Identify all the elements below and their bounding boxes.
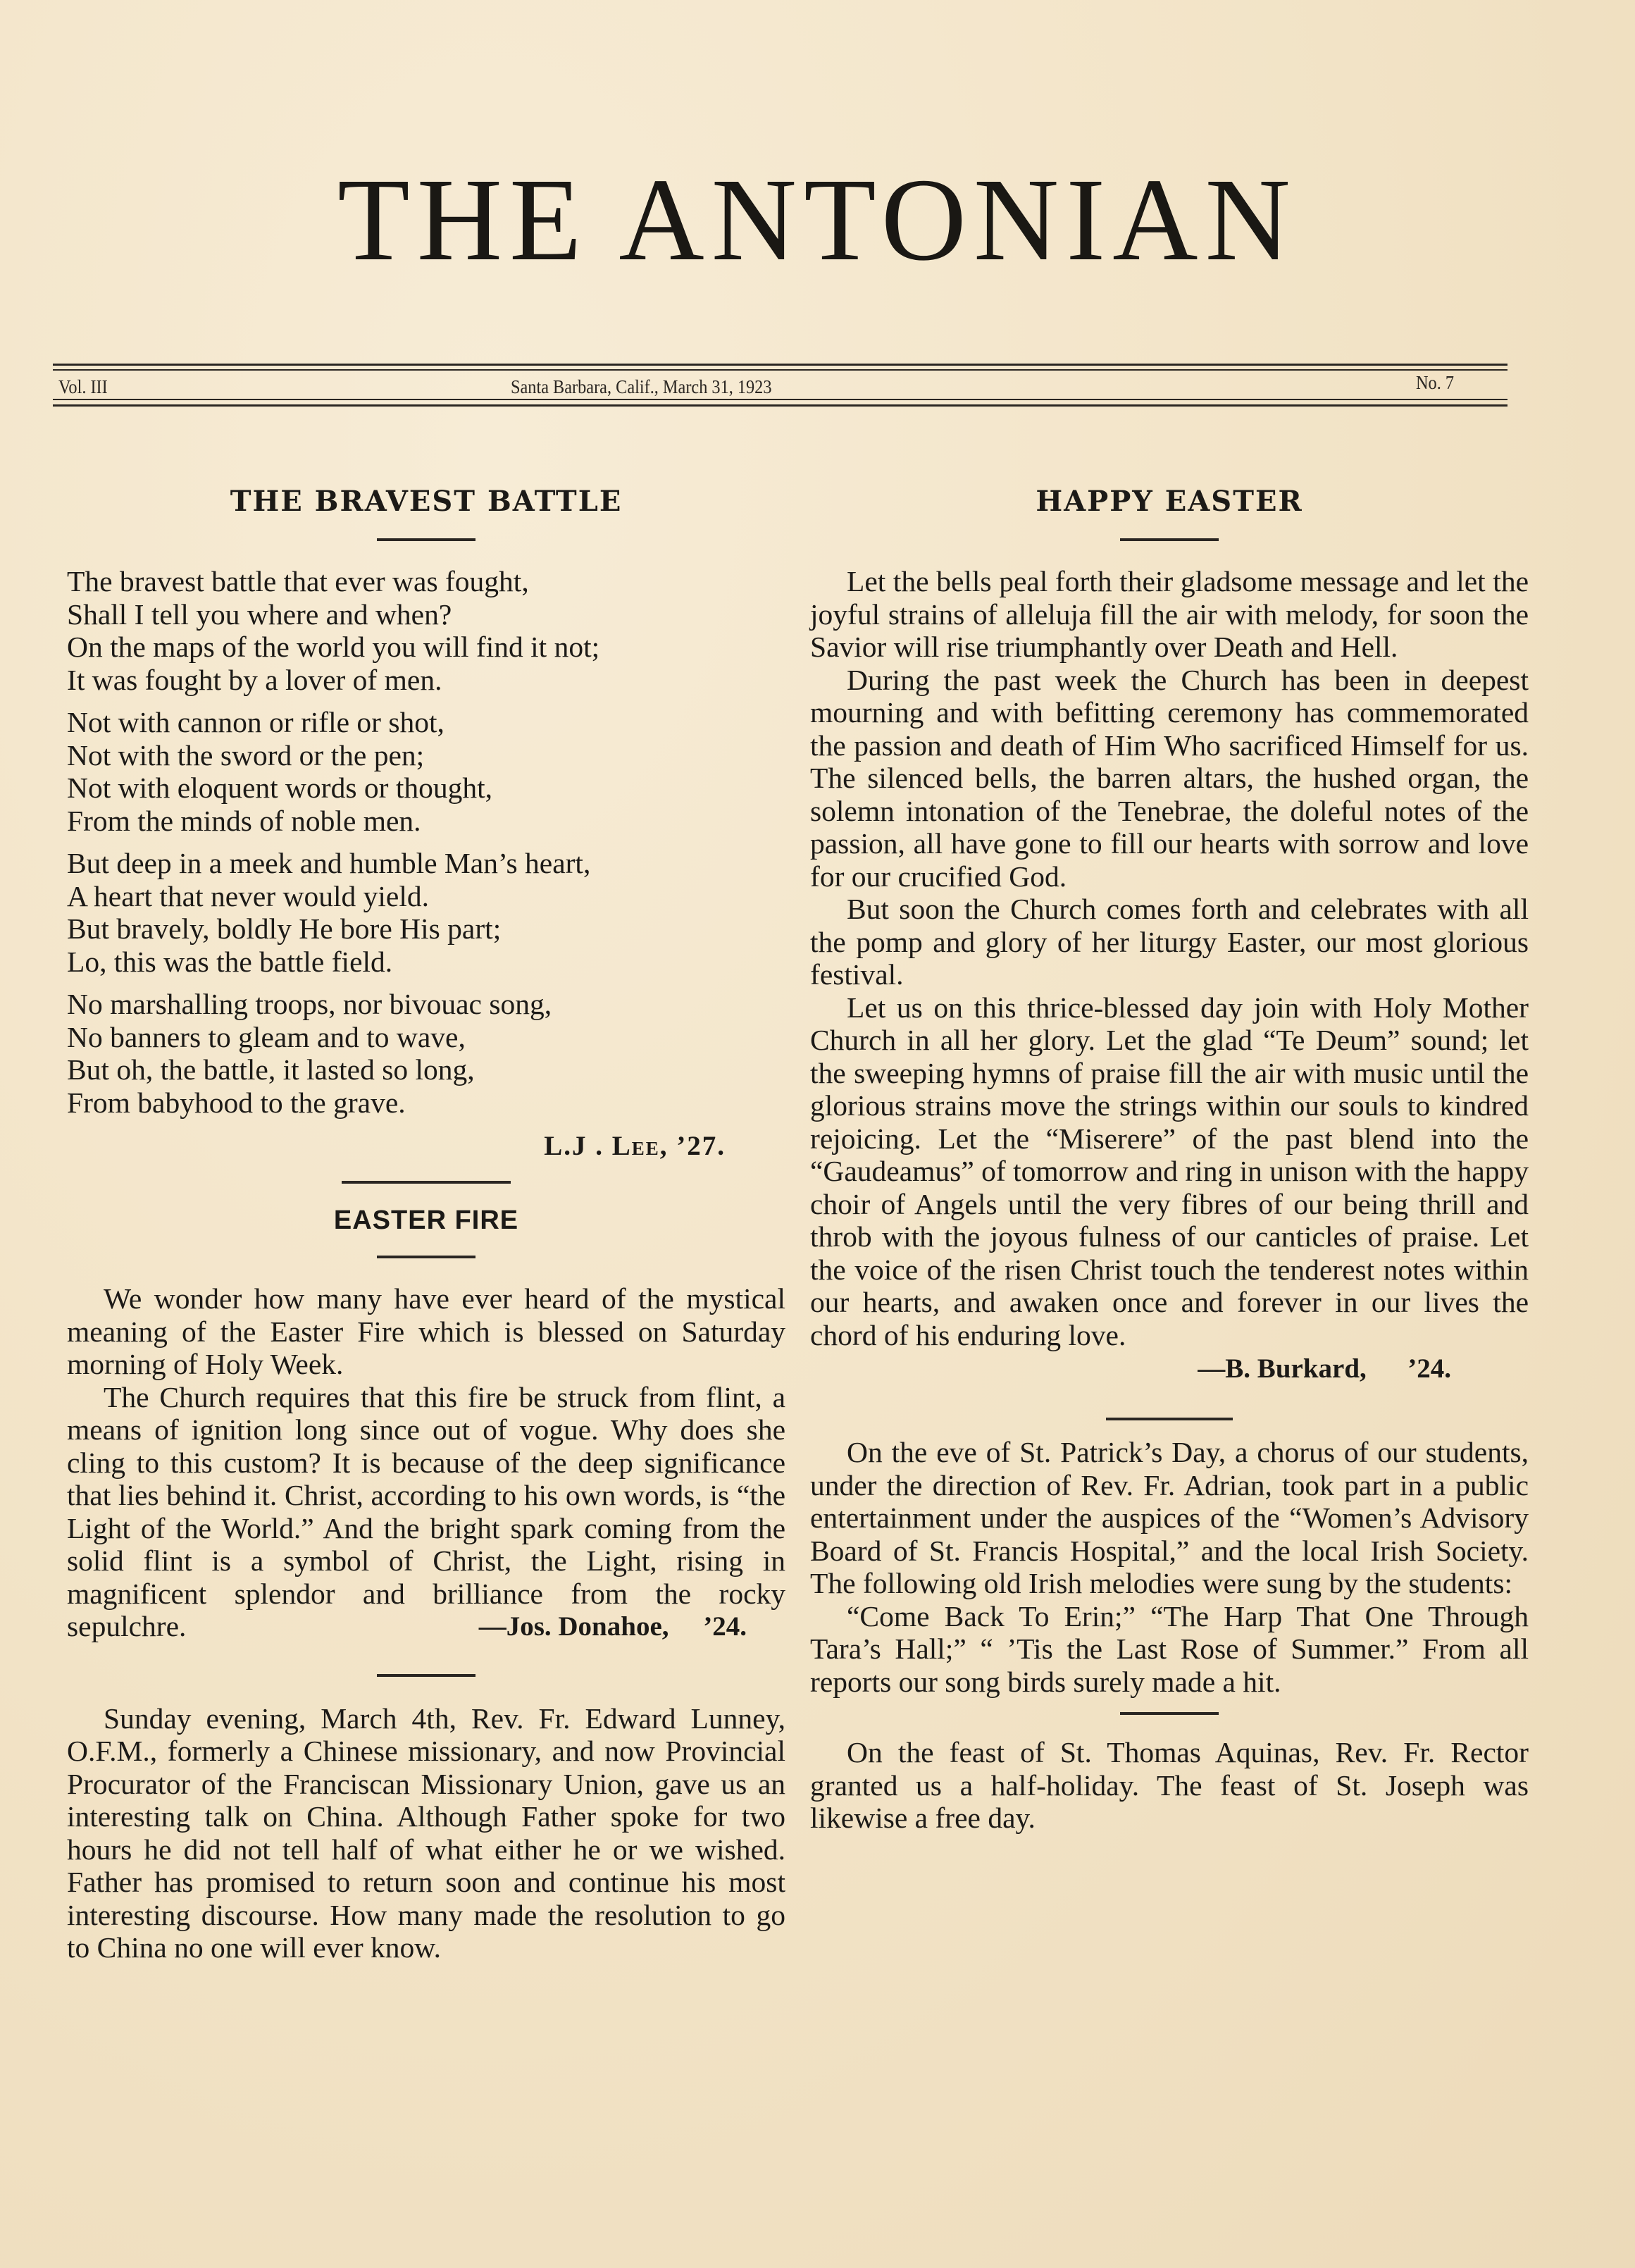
article-paragraph: The Church requires that this fire be st… — [67, 1381, 785, 1643]
poem-line: Not with eloquent words or thought, — [67, 772, 785, 805]
poem-line: Lo, this was the battle field. — [67, 946, 785, 979]
poem-line: From babyhood to the grave. — [67, 1086, 785, 1120]
article-happy-easter: HAPPY EASTER Let the bells peal forth th… — [810, 481, 1529, 1387]
article-title: HAPPY EASTER — [810, 481, 1529, 523]
article-paragraph: But soon the Church comes forth and cele… — [810, 893, 1529, 991]
poem-title: THE BRAVEST BATTLE — [67, 481, 785, 523]
article-paragraph: Let the bells peal forth their gladsome … — [810, 565, 1529, 664]
poem-line: No marshalling troops, nor bivouac song, — [67, 988, 785, 1021]
poem-line: It was fought by a lover of men. — [67, 664, 785, 697]
article-china-talk: Sunday evening, March 4th, Rev. Fr. Edwa… — [67, 1702, 785, 1964]
article-paragraph: On the feast of St. Thomas Aquinas, Rev.… — [810, 1736, 1529, 1835]
article-title: EASTER FIRE — [67, 1201, 785, 1240]
top-rule-2 — [53, 369, 1507, 371]
article-holidays: On the feast of St. Thomas Aquinas, Rev.… — [810, 1736, 1529, 1835]
section-divider — [1106, 1418, 1233, 1420]
poem-line: On the maps of the world you will find i… — [67, 631, 785, 664]
volume-label: Vol. III — [58, 376, 108, 398]
section-divider — [377, 1256, 475, 1258]
section-divider — [342, 1181, 511, 1184]
section-divider — [1120, 1712, 1219, 1715]
masthead-info-band: Vol. III Santa Barbara, Calif., March 31… — [53, 364, 1507, 409]
poem-line: From the minds of noble men. — [67, 805, 785, 838]
bottom-rule-1 — [53, 399, 1507, 400]
article-paragraph: During the past week the Church has been… — [810, 664, 1529, 893]
poem-author: L.J . Lee, ’27. — [544, 1131, 726, 1161]
left-column: THE BRAVEST BATTLE The bravest battle th… — [67, 451, 785, 1964]
poem-line: Shall I tell you where and when? — [67, 598, 785, 631]
poem-byline: L.J . Lee, ’27. — [67, 1129, 785, 1164]
article-paragraph: Let us on this thrice-blessed day join w… — [810, 991, 1529, 1352]
poem-line: But deep in a meek and humble Man’s hear… — [67, 847, 785, 880]
section-divider — [377, 1674, 475, 1677]
newspaper-masthead-title: THE ANTONIAN — [0, 161, 1635, 279]
poem-the-bravest-battle: THE BRAVEST BATTLE The bravest battle th… — [67, 481, 785, 1164]
article-paragraph: Sunday evening, March 4th, Rev. Fr. Edwa… — [67, 1702, 785, 1964]
poem-line: No banners to gleam and to wave, — [67, 1021, 785, 1054]
article-byline: —B. Burkard, ’24. — [810, 1351, 1529, 1387]
right-column: HAPPY EASTER Let the bells peal forth th… — [810, 451, 1529, 1835]
bottom-rule-2 — [53, 404, 1507, 407]
poem-line: But bravely, boldly He bore His part; — [67, 912, 785, 946]
article-paragraph: We wonder how many have ever heard of th… — [67, 1282, 785, 1381]
poem-stanza-4: No marshalling troops, nor bivouac song,… — [67, 988, 785, 1119]
poem-line: A heart that never would yield. — [67, 880, 785, 913]
poem-stanza-1: The bravest battle that ever was fought,… — [67, 565, 785, 696]
poem-line: Not with the sword or the pen; — [67, 739, 785, 772]
article-paragraph: On the eve of St. Patrick’s Day, a choru… — [810, 1436, 1529, 1600]
section-divider — [1120, 538, 1219, 541]
poem-line: But oh, the battle, it lasted so long, — [67, 1053, 785, 1086]
poem-line: Not with cannon or rifle or shot, — [67, 706, 785, 739]
issue-number-label: No. 7 — [1416, 372, 1454, 394]
article-paragraph: “Come Back To Erin;” “The Harp That One … — [810, 1600, 1529, 1699]
poem-stanza-3: But deep in a meek and humble Man’s hear… — [67, 847, 785, 978]
poem-stanza-2: Not with cannon or rifle or shot, Not wi… — [67, 706, 785, 837]
top-rule-1 — [53, 364, 1507, 366]
article-easter-fire: EASTER FIRE We wonder how many have ever… — [67, 1201, 785, 1644]
place-date-label: Santa Barbara, Calif., March 31, 1923 — [511, 376, 771, 398]
poem-line: The bravest battle that ever was fought, — [67, 565, 785, 598]
article-st-patrick: On the eve of St. Patrick’s Day, a choru… — [810, 1436, 1529, 1698]
section-divider — [377, 538, 475, 541]
